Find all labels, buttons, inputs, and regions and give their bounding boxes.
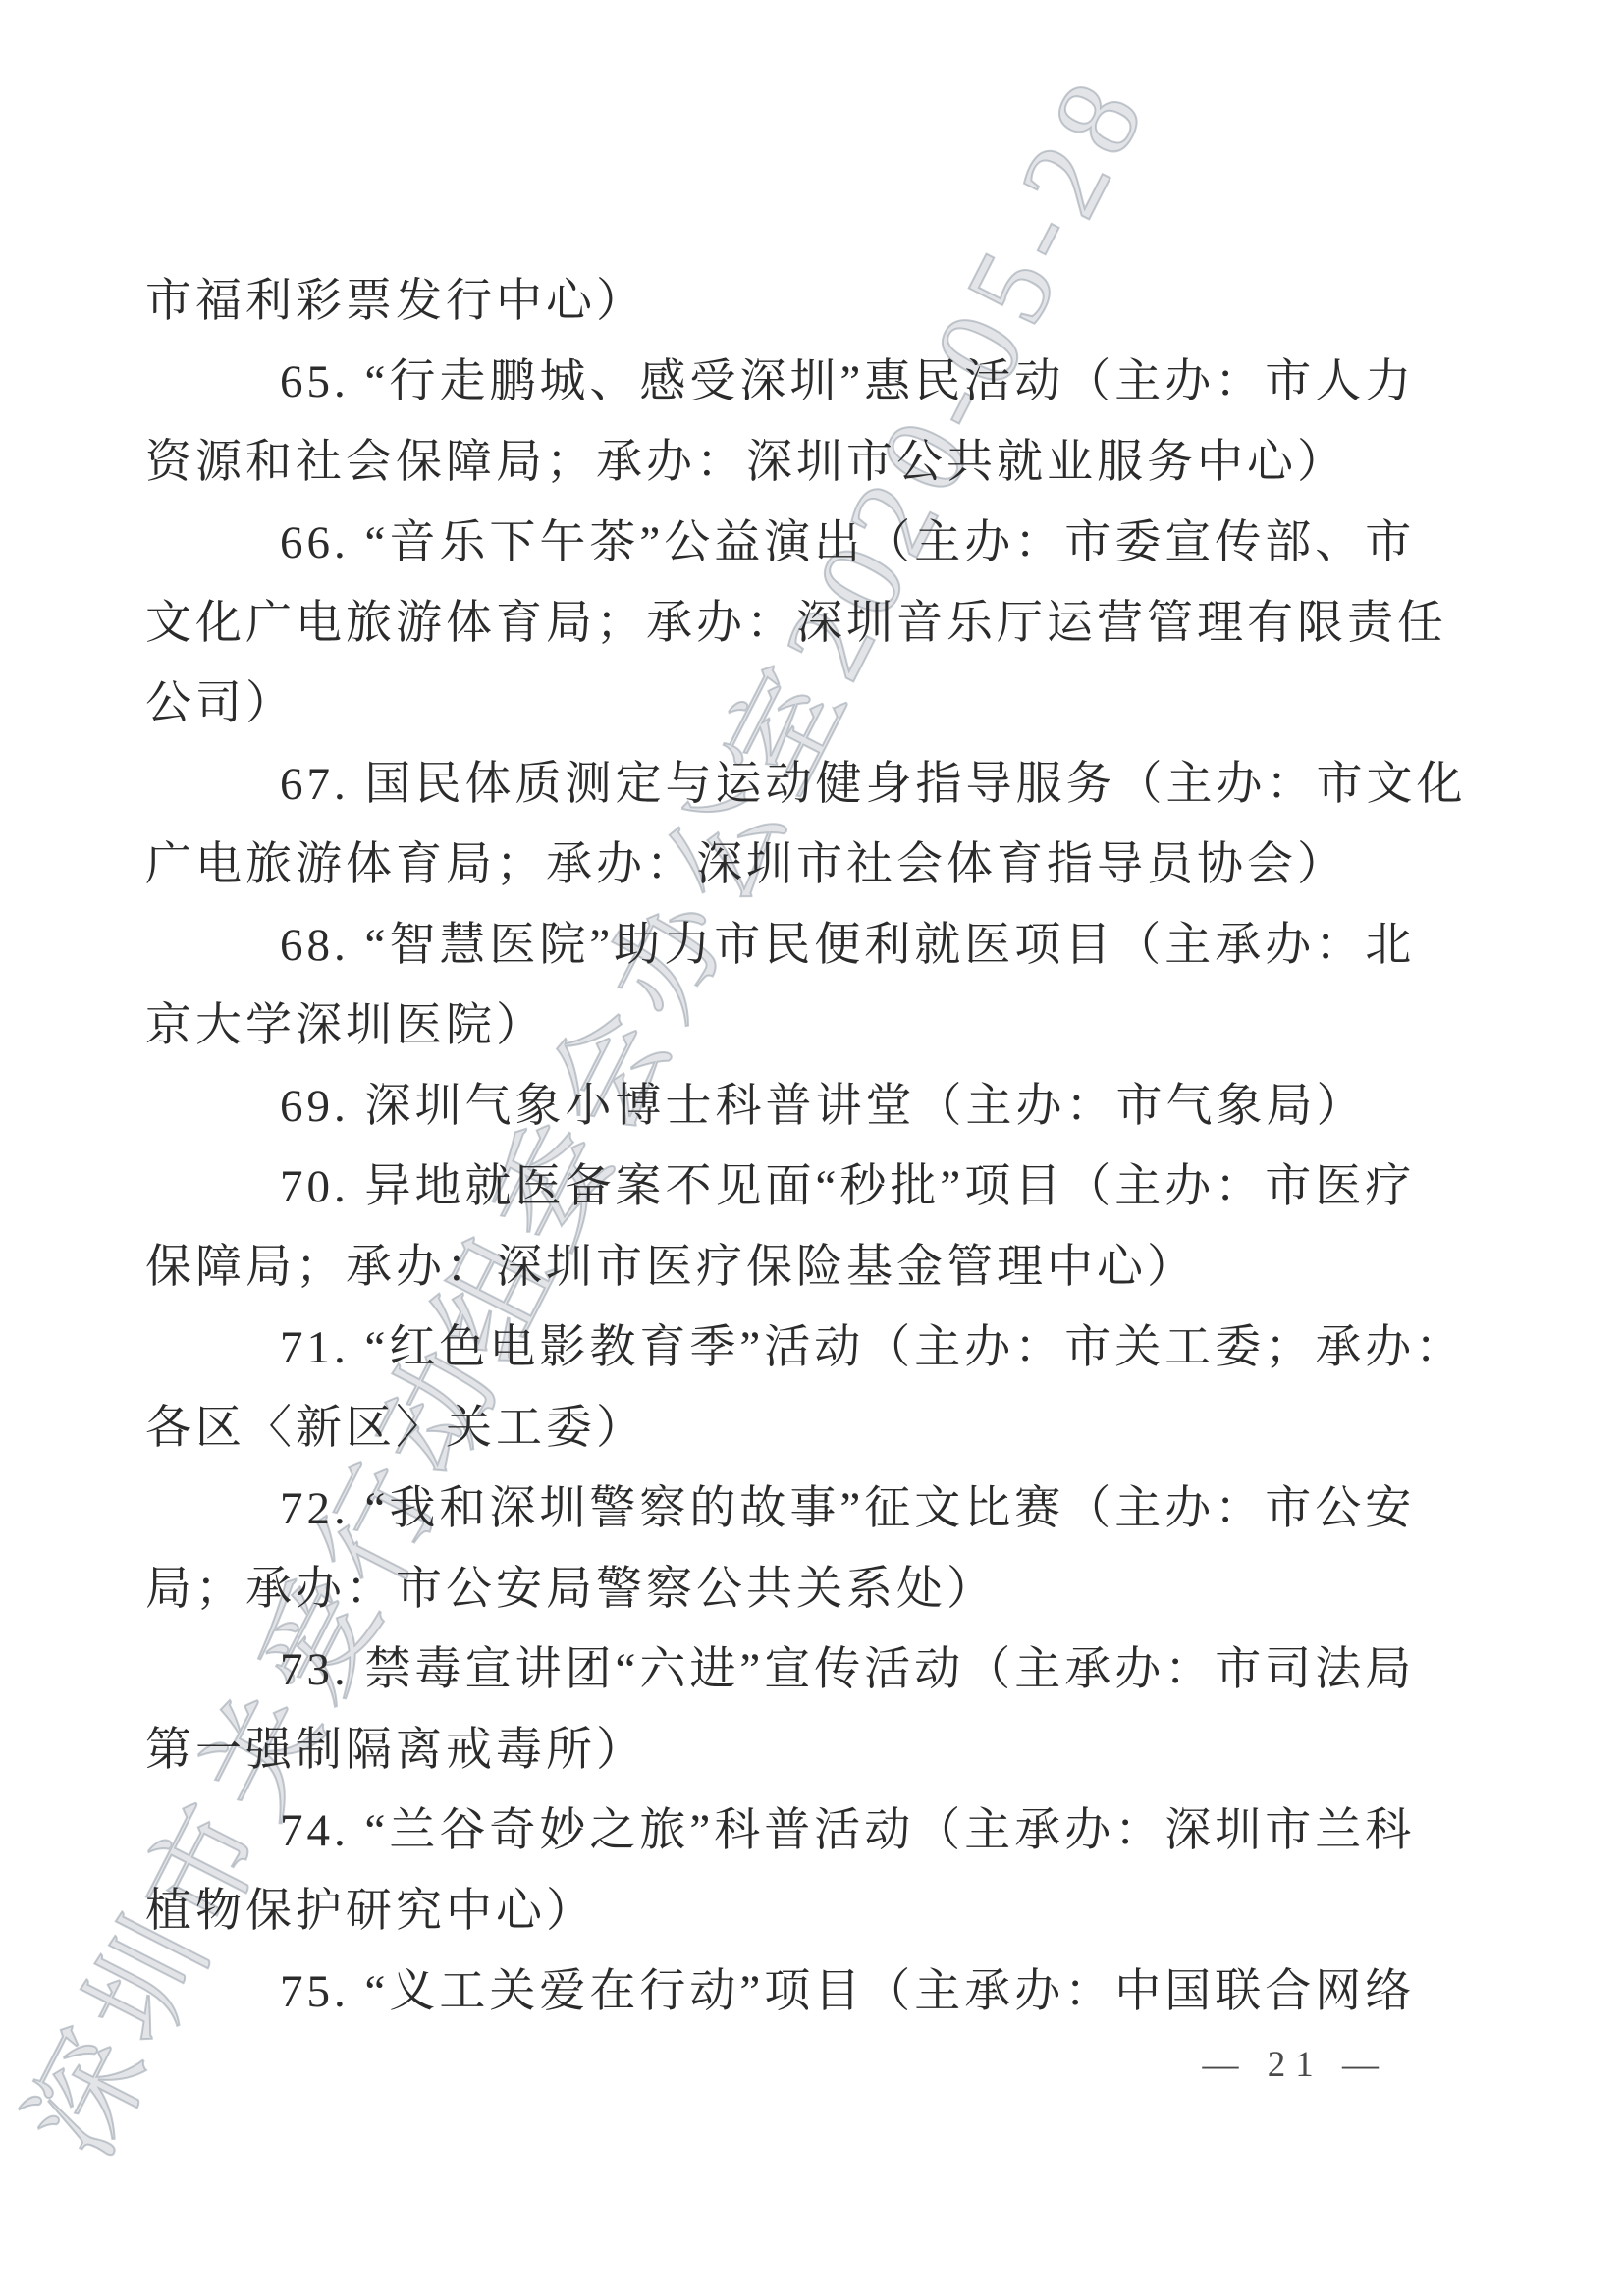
document-line: 第一强制隔离戒毒所） [145, 1710, 1510, 1790]
document-line: 69. 深圳气象小博士科普讲堂（主办：市气象局） [145, 1066, 1510, 1147]
document-line: 京大学深圳医院） [145, 986, 1510, 1066]
document-line: 资源和社会保障局；承办：深圳市公共就业服务中心） [145, 422, 1510, 503]
document-line: 文化广电旅游体育局；承办：深圳音乐厅运营管理有限责任 [145, 583, 1510, 664]
document-line: 71. “红色电影教育季”活动（主办：市关工委；承办： [145, 1308, 1510, 1388]
document-line: 73. 禁毒宣讲团“六进”宣传活动（主承办：市司法局 [145, 1629, 1510, 1710]
document-line: 68. “智慧医院”助力市民便利就医项目（主承办：北 [145, 905, 1510, 986]
document-line: 70. 异地就医备案不见面“秒批”项目（主办：市医疗 [145, 1147, 1510, 1227]
page-number: — 21 — [1203, 2044, 1389, 2086]
document-line: 市福利彩票发行中心） [145, 261, 1510, 342]
document-line: 各区〈新区〉关工委） [145, 1388, 1510, 1468]
document-line: 74. “兰谷奇妙之旅”科普活动（主承办：深圳市兰科 [145, 1790, 1510, 1871]
document-line: 植物保护研究中心） [145, 1871, 1510, 1951]
document-line: 66. “音乐下午茶”公益演出（主办：市委宣传部、市 [145, 503, 1510, 583]
document-line: 72. “我和深圳警察的故事”征文比赛（主办：市公安 [145, 1468, 1510, 1549]
document-body: 市福利彩票发行中心）65. “行走鹏城、感受深圳”惠民活动（主办：市人力资源和社… [145, 261, 1510, 2032]
document-line: 67. 国民体质测定与运动健身指导服务（主办：市文化 [145, 744, 1510, 825]
document-line: 局；承办：市公安局警察公共关系处） [145, 1549, 1510, 1629]
document-line: 65. “行走鹏城、感受深圳”惠民活动（主办：市人力 [145, 342, 1510, 422]
document-page: 深圳市关爱行动组委会办公室2020-05-28 市福利彩票发行中心）65. “行… [0, 0, 1624, 2296]
document-line: 保障局；承办：深圳市医疗保险基金管理中心） [145, 1227, 1510, 1308]
document-line: 75. “义工关爱在行动”项目（主承办：中国联合网络 [145, 1951, 1510, 2032]
document-line: 广电旅游体育局；承办：深圳市社会体育指导员协会） [145, 825, 1510, 905]
document-line: 公司） [145, 664, 1510, 744]
